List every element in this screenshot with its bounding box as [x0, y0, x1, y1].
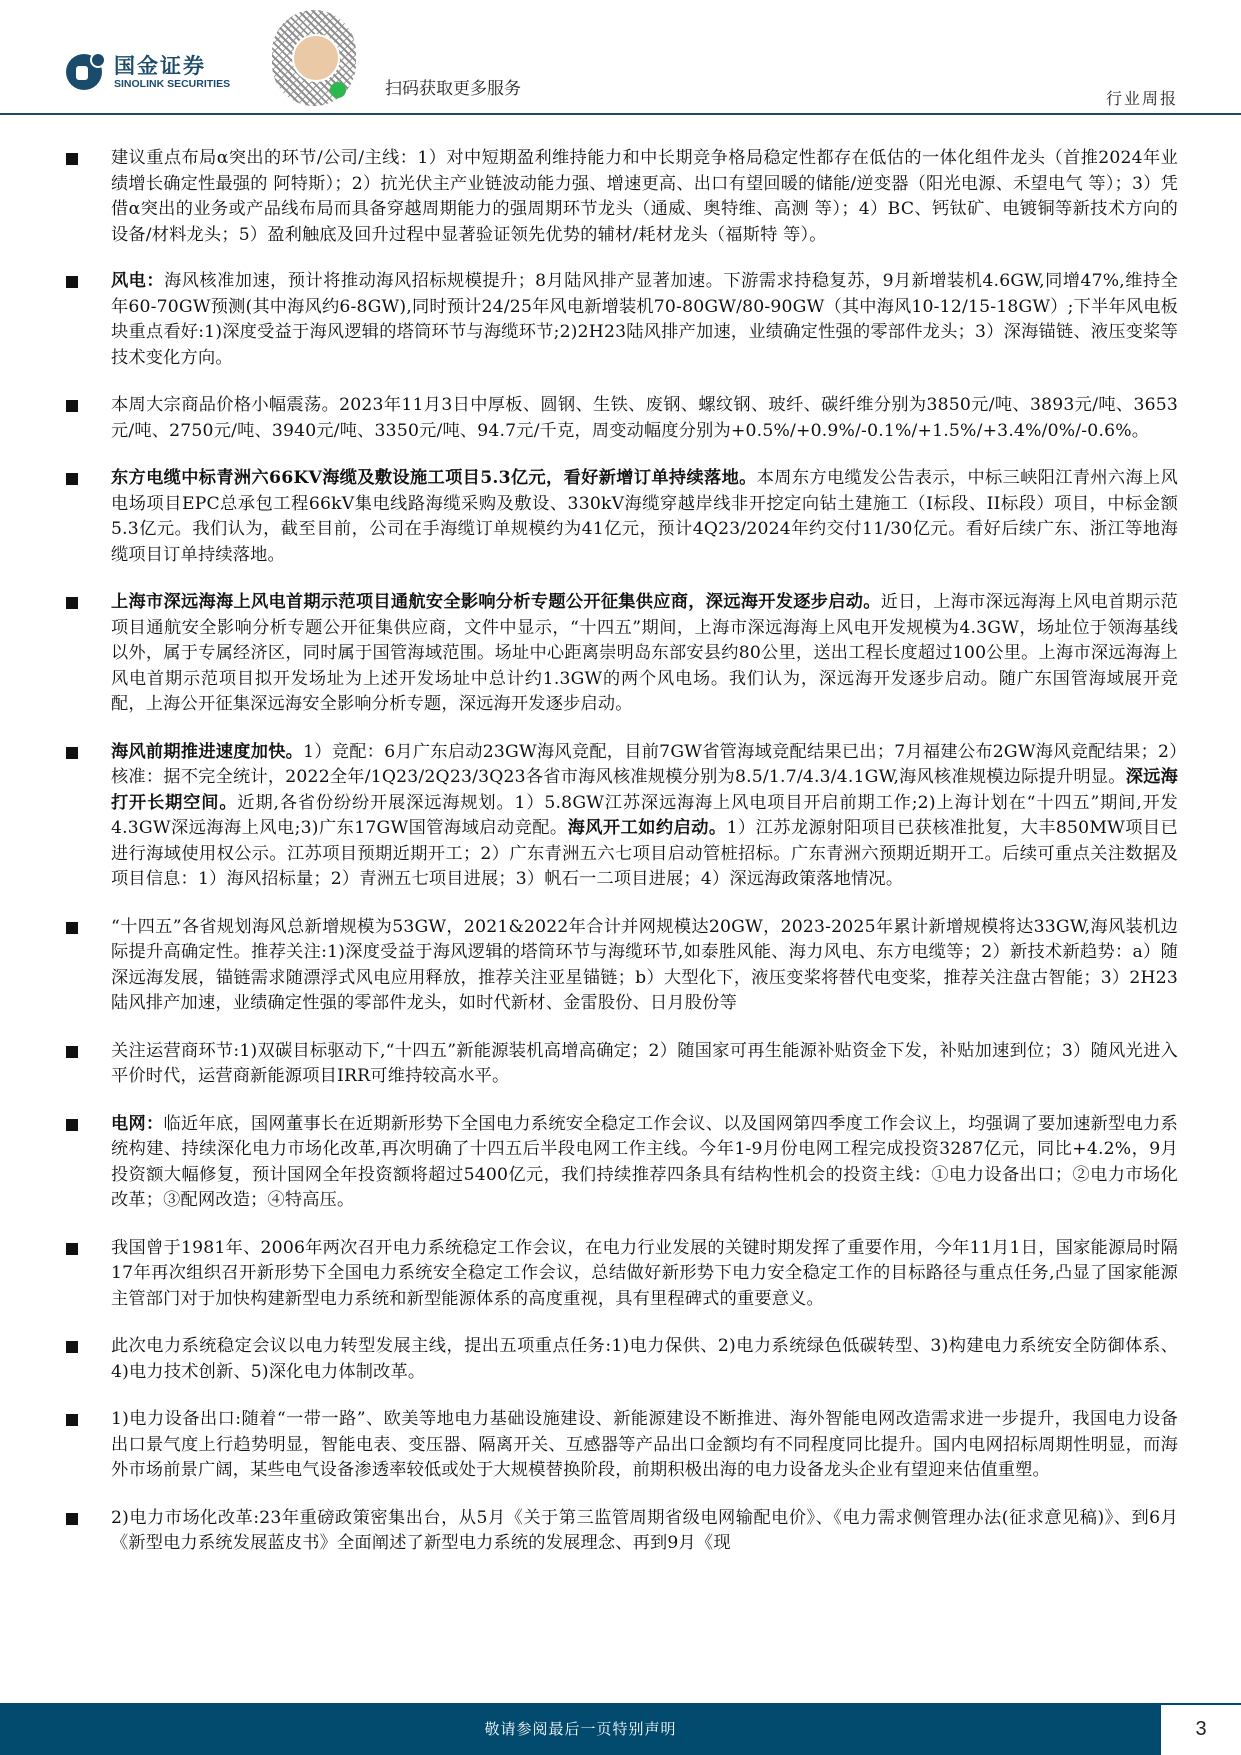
- paragraph-lead: 海风前期推进速度加快。: [111, 742, 303, 762]
- qr-caption: 扫码获取更多服务: [385, 74, 521, 99]
- paragraph-text: 临近年底，国网董事长在近期新形势下全国电力系统安全稳定工作会议、以及国网第四季度…: [111, 1114, 1178, 1211]
- bullet-square-icon: [66, 747, 78, 759]
- paragraph-market-reform: 2)电力市场化改革:23年重磅政策密集出台，从5月《关于第三监管周期省级电网输配…: [66, 1506, 1178, 1557]
- footer-disclaimer: 敬请参阅最后一页特别声明: [0, 1718, 1161, 1739]
- paragraph-lead: 东方电缆中标青洲六66KV海缆及敷设施工项目5.3亿元，看好新增订单持续落地。: [111, 468, 757, 488]
- mini-program-icon: [330, 82, 346, 98]
- bullet-square-icon: [66, 1119, 78, 1131]
- paragraph-text: 1)电力设备出口:随着“一带一路”、欧美等地电力基础设施建设、新能源建设不断推进…: [111, 1409, 1178, 1480]
- page-number: 3: [1161, 1703, 1241, 1755]
- paragraph-lead: 上海市深远海海上风电首期示范项目通航安全影响分析专题公开征集供应商，深远海开发逐…: [111, 592, 881, 612]
- paragraph-commodity-prices: 本周大宗商品价格小幅震荡。2023年11月3日中厚板、圆钢、生铁、废钢、螺纹钢、…: [66, 393, 1178, 444]
- bullet-square-icon: [66, 1513, 78, 1525]
- paragraph-text: 2)电力市场化改革:23年重磅政策密集出台，从5月《关于第三监管周期省级电网输配…: [111, 1508, 1178, 1554]
- bullet-square-icon: [66, 1414, 78, 1426]
- paragraph-text: 关注运营商环节:1)双碳目标驱动下,“十四五”新能源装机高增高确定；2）随国家可…: [111, 1041, 1178, 1087]
- bullet-square-icon: [66, 1341, 78, 1353]
- paragraph-pv-recommendation: 建议重点布局α突出的环节/公司/主线：1）对中短期盈利维持能力和中长期竞争格局稳…: [66, 146, 1178, 248]
- paragraph-stability-conference: 我国曾于1981年、2006年两次召开电力系统稳定工作会议，在电力行业发展的关键…: [66, 1236, 1178, 1313]
- bullet-square-icon: [66, 1046, 78, 1058]
- logo-mark-icon: [66, 52, 106, 92]
- paragraph-power-grid: 电网：临近年底，国网董事长在近期新形势下全国电力系统安全稳定工作会议、以及国网第…: [66, 1112, 1178, 1214]
- paragraph-14th-five-year-plan: “十四五”各省规划海风总新增规模为53GW，2021&2022年合计并网规模达2…: [66, 915, 1178, 1017]
- paragraph-lead-3: 海风开工如约启动。: [568, 818, 727, 838]
- paragraph-operators: 关注运营商环节:1)双碳目标驱动下,“十四五”新能源装机高增高确定；2）随国家可…: [66, 1039, 1178, 1090]
- bullet-square-icon: [66, 473, 78, 485]
- paragraph-text: “十四五”各省规划海风总新增规模为53GW，2021&2022年合计并网规模达2…: [111, 917, 1178, 1014]
- paragraph-five-tasks: 此次电力系统稳定会议以电力转型发展主线，提出五项重点任务:1)电力保供、2)电力…: [66, 1334, 1178, 1385]
- header-divider: [0, 113, 1241, 115]
- paragraph-equipment-export: 1)电力设备出口:随着“一带一路”、欧美等地电力基础设施建设、新能源建设不断推进…: [66, 1407, 1178, 1484]
- paragraph-shanghai-offshore: 上海市深远海海上风电首期示范项目通航安全影响分析专题公开征集供应商，深远海开发逐…: [66, 590, 1178, 718]
- paragraph-offshore-progress: 海风前期推进速度加快。1）竞配：6月广东启动23GW海风竞配，目前7GW省管海域…: [66, 740, 1178, 893]
- paragraph-text: 我国曾于1981年、2006年两次召开电力系统稳定工作会议，在电力行业发展的关键…: [111, 1238, 1178, 1309]
- bullet-square-icon: [66, 400, 78, 412]
- bullet-square-icon: [66, 597, 78, 609]
- bullet-square-icon: [66, 922, 78, 934]
- paragraph-text: 建议重点布局α突出的环节/公司/主线：1）对中短期盈利维持能力和中长期竞争格局稳…: [111, 148, 1178, 245]
- report-type-label: 行业周报: [1106, 86, 1178, 109]
- company-logo: 国金证券 SINOLINK SECURITIES: [66, 52, 230, 92]
- bullet-square-icon: [66, 1243, 78, 1255]
- page-header: 国金证券 SINOLINK SECURITIES 扫码获取更多服务 行业周报: [0, 0, 1241, 112]
- paragraph-text: 海风核准加速，预计将推动海风招标规模提升；8月陆风排产显著加速。下游需求持稳复苏…: [111, 271, 1178, 368]
- qr-code-icon[interactable]: [272, 10, 356, 106]
- paragraph-lead: 风电：: [111, 271, 164, 291]
- paragraph-orient-cable: 东方电缆中标青洲六66KV海缆及敷设施工项目5.3亿元，看好新增订单持续落地。本…: [66, 466, 1178, 568]
- logo-cn-text: 国金证券: [114, 54, 230, 78]
- paragraph-text: 此次电力系统稳定会议以电力转型发展主线，提出五项重点任务:1)电力保供、2)电力…: [111, 1336, 1178, 1382]
- paragraph-text: 本周大宗商品价格小幅震荡。2023年11月3日中厚板、圆钢、生铁、废钢、螺纹钢、…: [111, 395, 1178, 441]
- bullet-square-icon: [66, 276, 78, 288]
- report-body: 建议重点布局α突出的环节/公司/主线：1）对中短期盈利维持能力和中长期竞争格局稳…: [66, 146, 1178, 1576]
- logo-en-text: SINOLINK SECURITIES: [114, 78, 230, 90]
- paragraph-wind-power: 风电：海风核准加速，预计将推动海风招标规模提升；8月陆风排产显著加速。下游需求持…: [66, 269, 1178, 371]
- bullet-square-icon: [66, 153, 78, 165]
- paragraph-lead: 电网：: [111, 1114, 163, 1134]
